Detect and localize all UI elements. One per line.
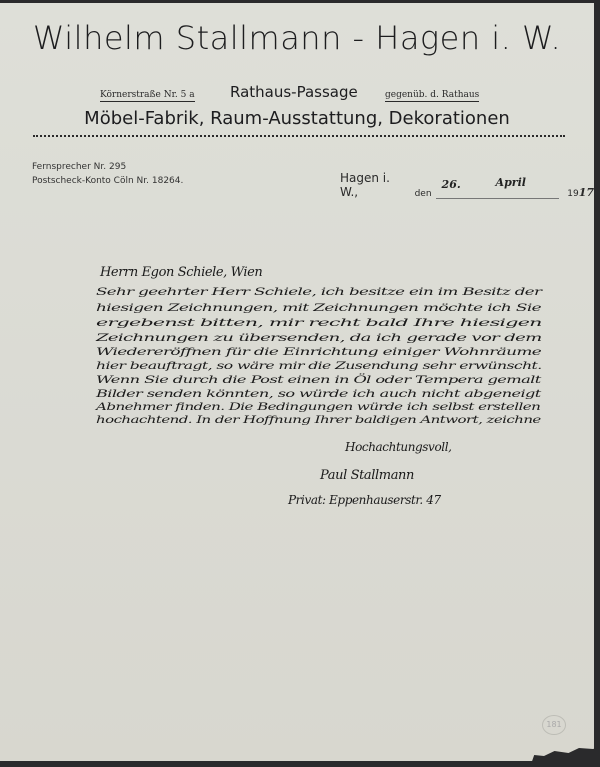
letter-sheet: Wilhelm Stallmann - Hagen i. W. Körnerst… bbox=[0, 3, 594, 761]
date-field: 26. April bbox=[436, 184, 560, 199]
location-note: gegenüb. d. Rathaus bbox=[385, 90, 479, 102]
signature: Paul Stallmann bbox=[320, 468, 414, 483]
date-month: April bbox=[496, 176, 526, 189]
letterhead-subtitle: Möbel-Fabrik, Raum-Ausstattung, Dekorati… bbox=[0, 108, 594, 129]
body-line: Zeichnungen zu übersenden, da ich gerade… bbox=[96, 332, 542, 344]
body-line: ergebenst bitten, mir recht bald Ihre hi… bbox=[96, 317, 542, 329]
dotted-divider bbox=[33, 135, 565, 137]
closing: Hochachtungsvoll, bbox=[345, 440, 452, 454]
body-line: Wenn Sie durch die Post einen in Öl oder… bbox=[96, 374, 541, 386]
letterhead-title: Wilhelm Stallmann - Hagen i. W. bbox=[0, 19, 594, 57]
street-address: Körnerstraße Nr. 5 a bbox=[100, 90, 195, 102]
body-line: Abnehmer finden. Die Bedingungen würde i… bbox=[96, 401, 540, 413]
body-line: hochachtend. In der Hoffnung Ihrer baldi… bbox=[96, 414, 541, 426]
date-year: 17 bbox=[579, 186, 594, 199]
body-line: hiesigen Zeichnungen, mit Zeichnungen mö… bbox=[96, 302, 541, 314]
date-den: den bbox=[415, 189, 432, 199]
dateline: Hagen i. W., den 26. April 19 17 bbox=[340, 171, 594, 199]
date-year-prefix: 19 bbox=[567, 189, 578, 199]
archive-stamp: 181 bbox=[542, 715, 566, 735]
body-line: hier beauftragt, so wäre mir die Zusendu… bbox=[96, 360, 542, 372]
date-place: Hagen i. W., bbox=[340, 171, 411, 199]
date-day: 26. bbox=[442, 178, 461, 191]
body-line: Sehr geehrter Herr Schiele, ich besitze … bbox=[96, 286, 541, 298]
phone-number: Fernsprecher Nr. 295 bbox=[32, 160, 183, 174]
return-address: Privat: Eppenhauserstr. 47 bbox=[288, 493, 441, 507]
body-line: Wiedereröffnen für die Einrichtung einig… bbox=[96, 346, 541, 358]
location-name: Rathaus-Passage bbox=[230, 83, 358, 101]
salutation: Herrn Egon Schiele, Wien bbox=[100, 265, 262, 280]
contact-block: Fernsprecher Nr. 295 Postscheck-Konto Cö… bbox=[32, 160, 183, 188]
postal-account: Postscheck-Konto Cöln Nr. 18264. bbox=[32, 174, 183, 188]
body-line: Bilder senden könnten, so würde ich auch… bbox=[96, 388, 541, 400]
